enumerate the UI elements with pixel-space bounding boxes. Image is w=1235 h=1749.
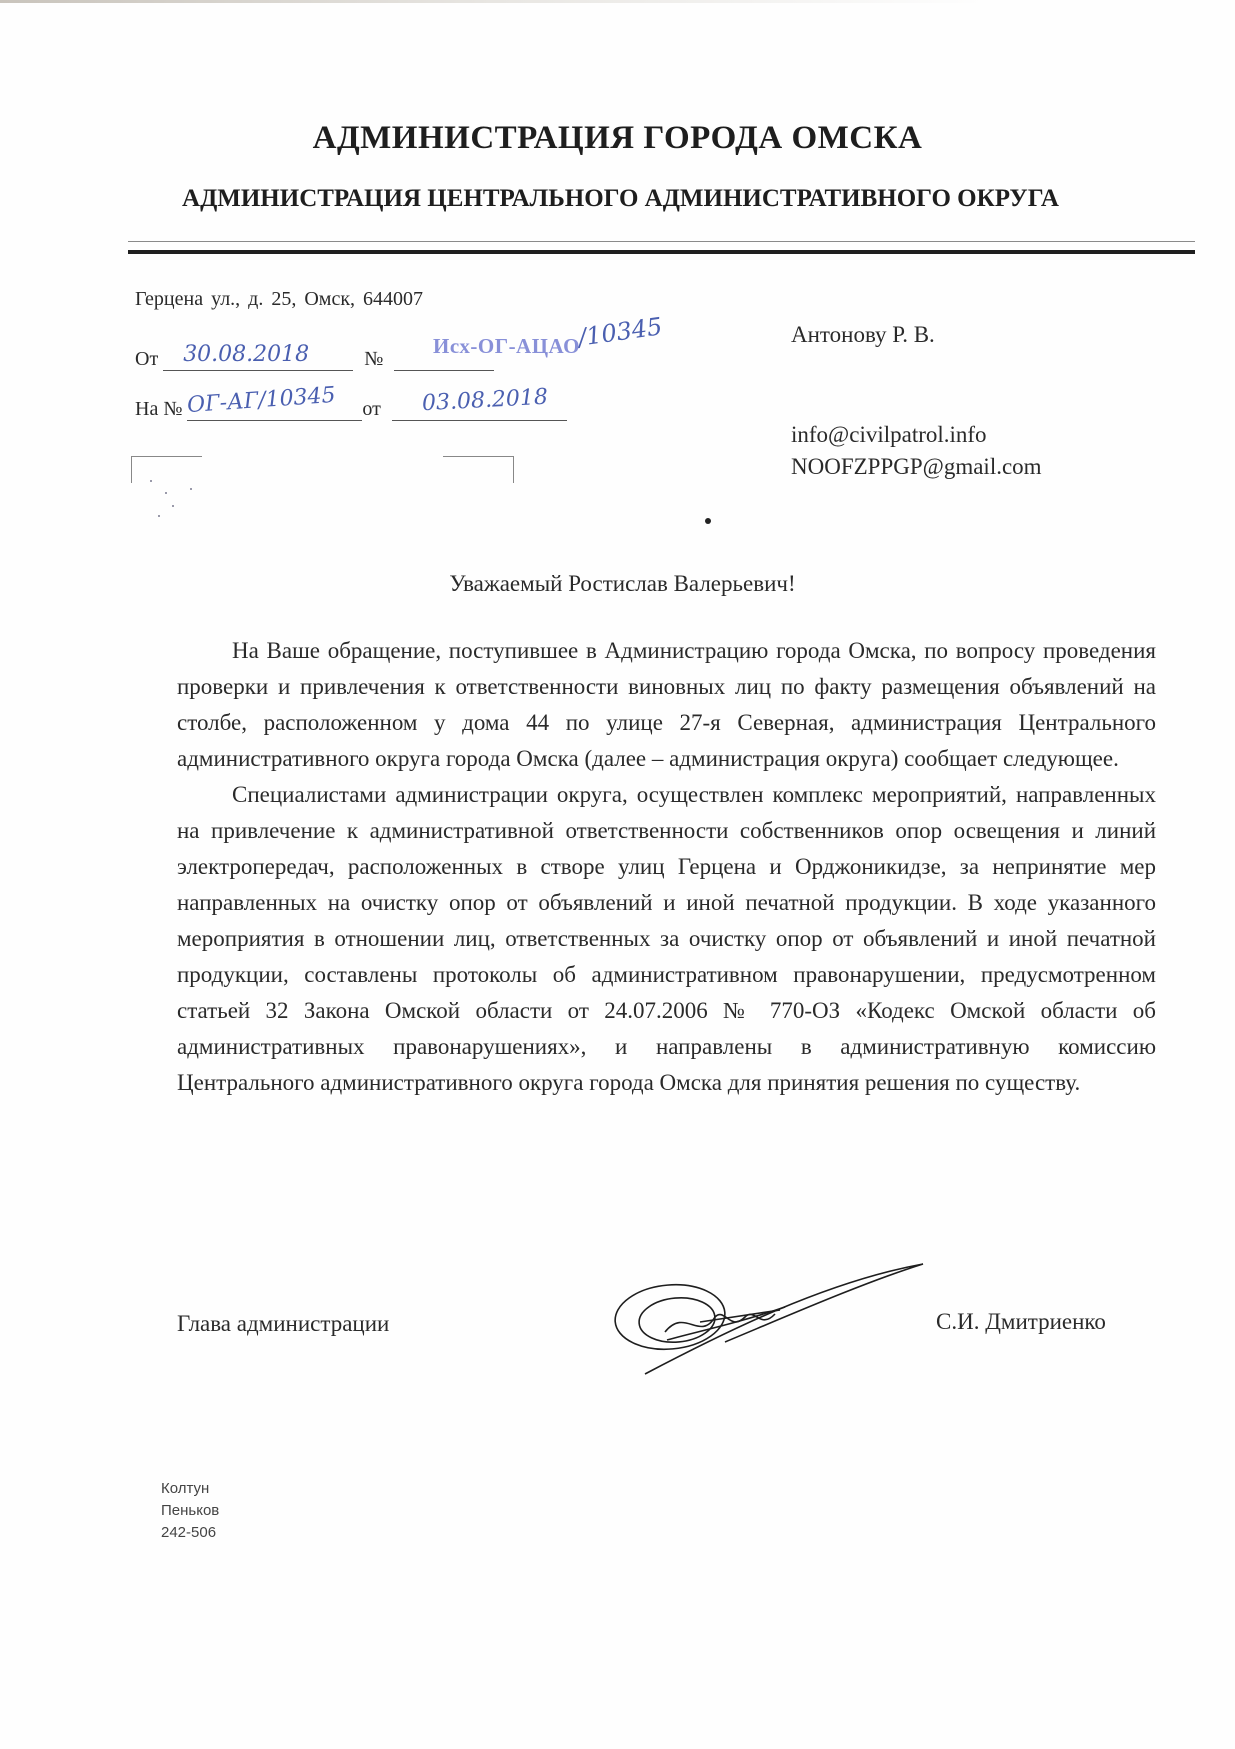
reply-date-handwritten: 03.08.2018 xyxy=(421,385,548,417)
letterhead-subtitle: АДМИНИСТРАЦИЯ ЦЕНТРАЛЬНОГО АДМИНИСТРАТИВ… xyxy=(0,185,1235,213)
signatory-name: С.И. Дмитриенко xyxy=(936,1309,1106,1335)
recipient-name: Антонову Р. В. xyxy=(791,322,935,348)
scan-speck xyxy=(150,480,152,482)
recipient-email-2: NOOFZPPGP@gmail.com xyxy=(791,454,1042,480)
salutation: Уважаемый Ростислав Валерьевич! xyxy=(0,571,1235,597)
number-label: № xyxy=(364,348,383,370)
from-date-handwritten: 30.08.2018 xyxy=(183,342,309,367)
reply-number-field: ОГ-АГ/10345 xyxy=(187,398,362,421)
scan-speck xyxy=(190,488,192,490)
letterhead-rule-thin xyxy=(128,241,1195,242)
letter-body: На Ваше обращение, поступившее в Админис… xyxy=(177,633,1156,1101)
reply-from-label: от xyxy=(362,398,380,420)
body-paragraph-2: Специалистами администрации округа, осущ… xyxy=(177,777,1156,1101)
reply-number-handwritten: ОГ-АГ/10345 xyxy=(187,383,337,418)
executor-phone: 242-506 xyxy=(161,1522,219,1544)
outgoing-number-handwritten: /10345 xyxy=(576,312,664,351)
executor-2: Пеньков xyxy=(161,1500,219,1522)
scan-dot xyxy=(705,518,711,524)
signatory-position: Глава администрации xyxy=(177,1311,389,1337)
sender-address: Герцена ул., д. 25, Омск, 644007 xyxy=(135,288,423,311)
scan-speck xyxy=(158,515,160,517)
letterhead-rule-thick xyxy=(128,250,1195,254)
scan-speck xyxy=(165,492,167,494)
scan-top-edge xyxy=(0,0,1235,3)
corner-mark-left xyxy=(131,456,202,483)
from-label: От xyxy=(135,348,158,370)
reply-registration-row: На № ОГ-АГ/10345 от 03.08.2018 xyxy=(135,398,567,421)
corner-mark-right xyxy=(443,456,514,483)
reply-label: На № xyxy=(135,398,182,420)
reply-date-field: 03.08.2018 xyxy=(392,398,567,421)
executor-1: Колтун xyxy=(161,1478,219,1500)
executors-block: Колтун Пеньков 242-506 xyxy=(161,1478,219,1544)
from-date-field: 30.08.2018 xyxy=(163,348,353,371)
outgoing-number-stamp: Исх-ОГ-АЦАО xyxy=(433,334,580,359)
scan-speck xyxy=(172,505,174,507)
letterhead-title: АДМИНИСТРАЦИЯ ГОРОДА ОМСКА xyxy=(0,120,1235,157)
body-paragraph-1: На Ваше обращение, поступившее в Админис… xyxy=(177,633,1156,777)
recipient-email-1: info@civilpatrol.info xyxy=(791,422,987,448)
handwritten-signature xyxy=(605,1262,925,1382)
